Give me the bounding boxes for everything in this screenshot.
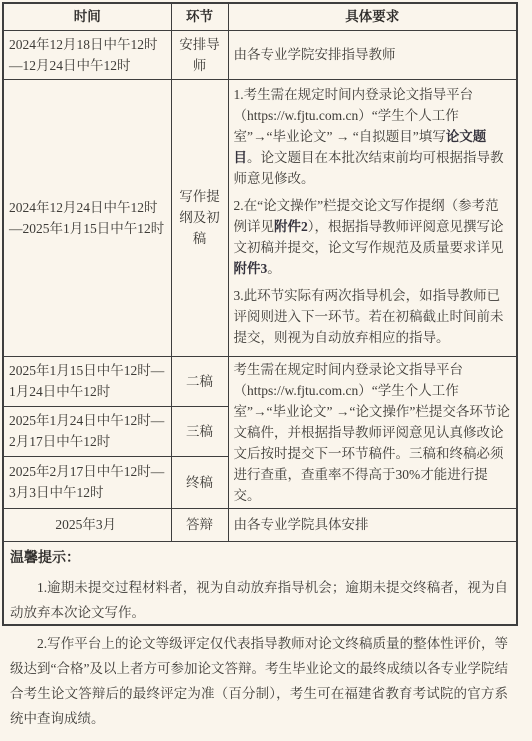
note-item-2: 2.写作平台上的论文等级评定仅代表指导教师对论文终稿质量的整体性评价，等级达到“… bbox=[10, 631, 508, 635]
notes-section: 温馨提示： 1.逾期未提交过程材料者，视为自动放弃指导机会；逾期未提交终稿者，视… bbox=[4, 542, 516, 635]
time-cell: 2025年1月24日中午12时—2月17日中午12时 bbox=[4, 406, 171, 456]
time-cell: 2024年12月24日中午12时—2025年1月15日中午12时 bbox=[4, 79, 171, 356]
requirement-cell: 由各专业学院安排指导教师 bbox=[228, 30, 516, 79]
requirement-cell-merged: 考生需在规定时间内登录论文指导平台（https://w.fjtu.com.cn）… bbox=[228, 356, 516, 508]
time-cell: 2025年1月15日中午12时—1月24日中午12时 bbox=[4, 356, 171, 406]
document-frame: 时间 环节 具体要求 2024年12月18日中午12时—12月24日中午12时 … bbox=[2, 2, 518, 626]
stage-cell: 写作提纲及初稿 bbox=[171, 79, 228, 356]
requirement-item-1: 1.考生需在规定时间内登录论文指导平台（https://w.fjtu.com.c… bbox=[234, 84, 512, 189]
column-header-time: 时间 bbox=[4, 4, 171, 30]
requirement-cell: 由各专业学院具体安排 bbox=[228, 508, 516, 541]
time-cell: 2025年2月17日中午12时—3月3日中午12时 bbox=[4, 457, 171, 508]
header-row: 时间 环节 具体要求 bbox=[4, 4, 516, 30]
stage-cell: 二稿 bbox=[171, 356, 228, 406]
requirement-item-3: 3.此环节实际有两次指导机会，如指导教师已评阅则进入下一环节。若在初稿截止时间前… bbox=[234, 285, 512, 348]
column-header-stage: 环节 bbox=[171, 4, 228, 30]
notes-title: 温馨提示： bbox=[10, 547, 508, 571]
stage-cell: 答辩 bbox=[171, 508, 228, 541]
table-row-assign-advisor: 2024年12月18日中午12时—12月24日中午12时 安排导师 由各专业学院… bbox=[4, 30, 516, 79]
time-cell: 2025年3月 bbox=[4, 508, 171, 541]
column-header-requirements: 具体要求 bbox=[228, 4, 516, 30]
schedule-table: 时间 环节 具体要求 2024年12月18日中午12时—12月24日中午12时 … bbox=[4, 4, 516, 542]
table-row-defense: 2025年3月 答辩 由各专业学院具体安排 bbox=[4, 508, 516, 541]
stage-cell: 安排导师 bbox=[171, 30, 228, 79]
table-row-outline-draft: 2024年12月24日中午12时—2025年1月15日中午12时 写作提纲及初稿… bbox=[4, 79, 516, 356]
stage-cell: 终稿 bbox=[171, 457, 228, 508]
stage-cell: 三稿 bbox=[171, 406, 228, 456]
requirement-cell: 1.考生需在规定时间内登录论文指导平台（https://w.fjtu.com.c… bbox=[228, 79, 516, 356]
time-cell: 2024年12月18日中午12时—12月24日中午12时 bbox=[4, 30, 171, 79]
requirement-item-2: 2.在“论文操作”栏提交论文写作提纲（参考范例详见附件2），根据指导教师评阅意见… bbox=[234, 195, 512, 279]
table-row-second-draft: 2025年1月15日中午12时—1月24日中午12时 二稿 考生需在规定时间内登… bbox=[4, 356, 516, 406]
note-item-1: 1.逾期未提交过程材料者，视为自动放弃指导机会；逾期未提交终稿者，视为自动放弃本… bbox=[10, 575, 508, 625]
